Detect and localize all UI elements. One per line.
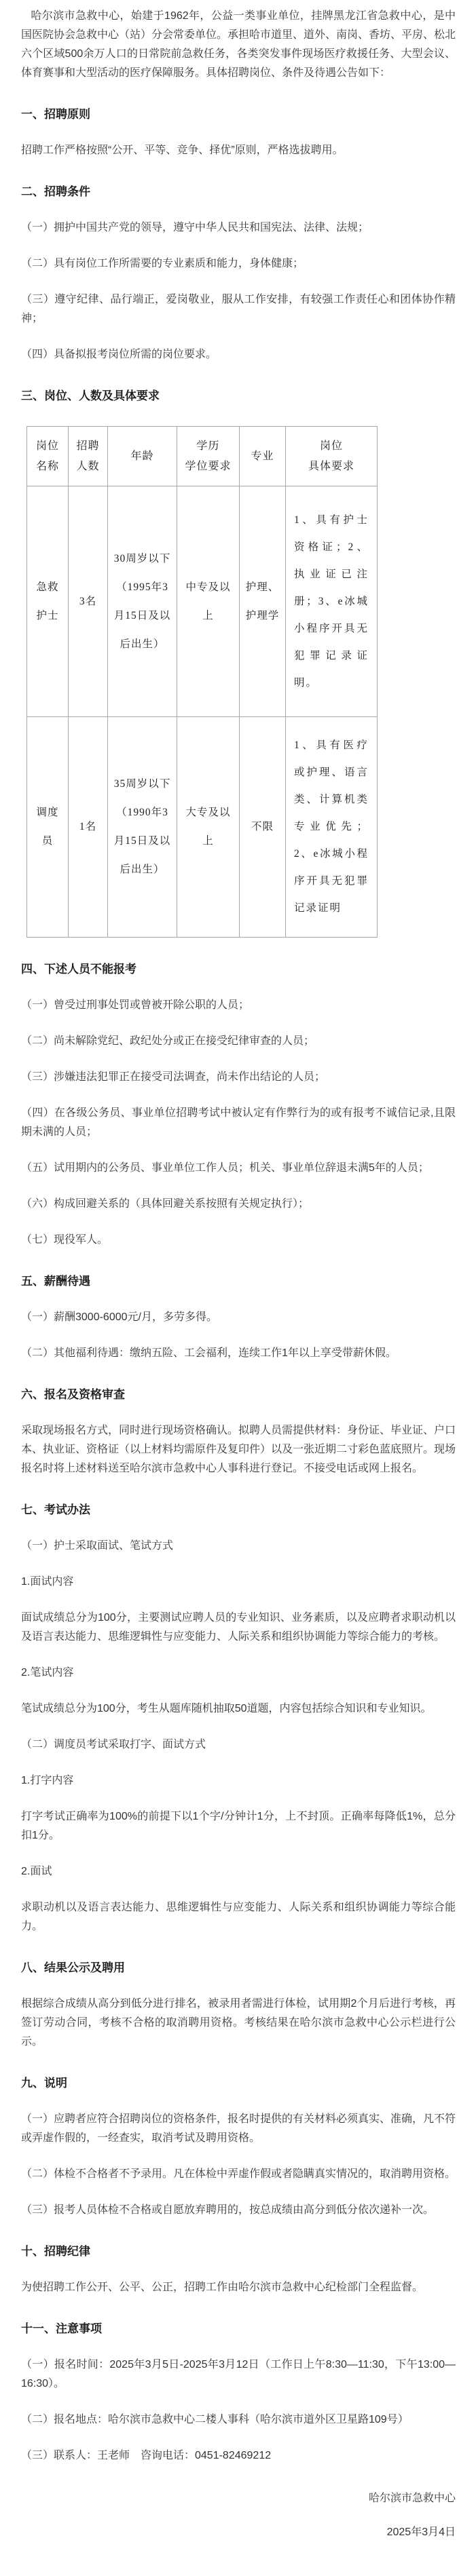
jobs-table: 岗位 名称 招聘 人数 年龄 学历 学位要求 专业 岗位 具体要求 急救护士 3… xyxy=(26,426,378,938)
section-4-item: （七）现役军人。 xyxy=(21,1231,456,1250)
section-6-paragraph: 采取现场报名方式，同时进行现场资格确认。拟聘人员需提供材料：身份证、毕业证、户口… xyxy=(21,1421,456,1478)
cell-headcount: 3名 xyxy=(69,486,108,717)
section-3-heading: 三、岗位、人数及具体要求 xyxy=(21,387,456,406)
section-7-heading: 七、考试办法 xyxy=(21,1501,456,1520)
cell-requirements: 1、具有医疗或护理、语言类、计算机类专业优先；2、e冰城小程序开具无犯罪记录证明 xyxy=(286,717,378,938)
cell-education: 中专及以上 xyxy=(177,486,240,717)
signature-block: 哈尔滨市急救中心 2025年3月4日 xyxy=(21,2489,456,2542)
section-7-item: 1.打字内容 xyxy=(21,1771,456,1790)
section-11-item: （二）报名地点：哈尔滨市急救中心二楼人事科（哈尔滨市道外区卫星路109号） xyxy=(21,2410,456,2429)
intro-paragraph: 哈尔滨市急救中心，始建于1962年，公益一类事业单位，挂牌黑龙江省急救中心，是中… xyxy=(21,7,456,83)
table-header-education: 学历 学位要求 xyxy=(177,427,240,486)
section-7-item: 打字考试正确率为100%的前提下以1个字/分钟计1分，上不封顶。正确率每降低1%… xyxy=(21,1807,456,1845)
cell-post-name: 急救护士 xyxy=(27,486,69,717)
section-9-heading: 九、说明 xyxy=(21,2074,456,2093)
section-7-item: （二）调度员考试采取打字、面试方式 xyxy=(21,1735,456,1754)
table-header-age: 年龄 xyxy=(108,427,177,486)
table-header-headcount: 招聘 人数 xyxy=(69,427,108,486)
section-7-item: 求职动机以及语言表达能力、思维逻辑性与应变能力、人际关系和组织协调能力等综合能力… xyxy=(21,1898,456,1936)
section-7-item: 2.面试 xyxy=(21,1862,456,1881)
signature-date: 2025年3月4日 xyxy=(21,2523,456,2542)
section-9-item: （二）体检不合格者不予录用。凡在体检中弄虚作假或者隐瞒真实情况的，取消聘用资格。 xyxy=(21,2165,456,2184)
section-1-heading: 一、招聘原则 xyxy=(21,105,456,124)
table-header-major: 专业 xyxy=(240,427,286,486)
announcement-document: 哈尔滨市急救中心，始建于1962年，公益一类事业单位，挂牌黑龙江省急救中心，是中… xyxy=(0,0,476,2576)
section-10-paragraph: 为使招聘工作公开、公平、公正，招聘工作由哈尔滨市急救中心纪检部门全程监督。 xyxy=(21,2278,456,2297)
section-8-heading: 八、结果公示及聘用 xyxy=(21,1959,456,1978)
section-4-item: （一）曾受过刑事处罚或曾被开除公职的人员； xyxy=(21,996,456,1015)
section-2-item: （一）拥护中国共产党的领导，遵守中华人民共和国宪法、法律、法规； xyxy=(21,218,456,237)
signature-org: 哈尔滨市急救中心 xyxy=(21,2489,456,2508)
table-row: 急救护士 3名 30周岁以下（1995年3月15日及以后出生） 中专及以上 护理… xyxy=(27,486,378,717)
section-2-item: （三）遵守纪律、品行端正，爱岗敬业，服从工作安排，有较强工作责任心和团体协作精神… xyxy=(21,290,456,328)
section-4-item: （六）构成回避关系的（具体回避关系按照有关规定执行）； xyxy=(21,1195,456,1214)
cell-major: 不限 xyxy=(240,717,286,938)
section-7-item: 面试成绩总分为100分，主要测试应聘人员的专业知识、业务素质，以及应聘者求职动机… xyxy=(21,1609,456,1647)
section-5-item: （一）薪酬3000-6000元/月，多劳多得。 xyxy=(21,1308,456,1327)
section-5-item: （二）其他福利待遇：缴纳五险、工会福利，连续工作1年以上享受带薪休假。 xyxy=(21,1344,456,1363)
table-header-requirements: 岗位 具体要求 xyxy=(286,427,378,486)
section-2-heading: 二、招聘条件 xyxy=(21,182,456,201)
cell-age: 35周岁以下（1990年3月15日及以后出生） xyxy=(108,717,177,938)
cell-major: 护理、护理学 xyxy=(240,486,286,717)
section-9-item: （三）报考人员体检不合格或自愿放弃聘用的，按总成绩由高分到低分依次递补一次。 xyxy=(21,2201,456,2220)
section-1-paragraph: 招聘工作严格按照“公开、平等、竞争、择优”原则，严格选拔聘用。 xyxy=(21,141,456,160)
cell-age: 30周岁以下（1995年3月15日及以后出生） xyxy=(108,486,177,717)
section-4-item: （四）在各级公务员、事业单位招聘考试中被认定有作弊行为的或有报考不诚信记录,且限… xyxy=(21,1104,456,1142)
section-6-heading: 六、报名及资格审查 xyxy=(21,1385,456,1404)
section-9-item: （一）应聘者应符合招聘岗位的资格条件，报名时提供的有关材料必须真实、准确，凡不符… xyxy=(21,2110,456,2148)
section-4-item: （三）涉嫌违法犯罪正在接受司法调查，尚未作出结论的人员； xyxy=(21,1068,456,1087)
section-7-item: （一）护士采取面试、笔试方式 xyxy=(21,1537,456,1556)
cell-education: 大专及以上 xyxy=(177,717,240,938)
table-header-post-name: 岗位 名称 xyxy=(27,427,69,486)
section-4-item: （二）尚未解除党纪、政纪处分或正在接受纪律审查的人员； xyxy=(21,1032,456,1051)
section-4-heading: 四、下述人员不能报考 xyxy=(21,960,456,979)
section-11-item: （一）报名时间：2025年3月5日-2025年3月12日（工作日上午8:30—1… xyxy=(21,2356,456,2394)
section-4-item: （五）试用期内的公务员、事业单位工作人员；机关、事业单位辞退未满5年的人员； xyxy=(21,1159,456,1178)
cell-post-name: 调度员 xyxy=(27,717,69,938)
section-7-item: 2.笔试内容 xyxy=(21,1664,456,1683)
table-header-row: 岗位 名称 招聘 人数 年龄 学历 学位要求 专业 岗位 具体要求 xyxy=(27,427,378,486)
section-2-item: （四）具备拟报考岗位所需的岗位要求。 xyxy=(21,345,456,364)
section-10-heading: 十、招聘纪律 xyxy=(21,2242,456,2261)
cell-headcount: 1名 xyxy=(69,717,108,938)
section-7-item: 1.面试内容 xyxy=(21,1573,456,1592)
section-7-item: 笔试成绩总分为100分，考生从题库随机抽取50道题，内容包括综合知识和专业知识。 xyxy=(21,1699,456,1718)
section-11-heading: 十一、注意事项 xyxy=(21,2320,456,2339)
cell-requirements: 1、具有护士资格证；2、执业证已注册；3、e冰城小程序开具无犯罪记录证明。 xyxy=(286,486,378,717)
section-8-paragraph: 根据综合成绩从高分到低分进行排名，被录用者需进行体检，试用期2个月后进行考核，再… xyxy=(21,1995,456,2052)
section-2-item: （二）具有岗位工作所需要的专业素质和能力，身体健康； xyxy=(21,254,456,273)
section-11-item: （三）联系人：王老师 咨询电话：0451-82469212 xyxy=(21,2446,456,2465)
section-5-heading: 五、薪酬待遇 xyxy=(21,1272,456,1291)
table-row: 调度员 1名 35周岁以下（1990年3月15日及以后出生） 大专及以上 不限 … xyxy=(27,717,378,938)
